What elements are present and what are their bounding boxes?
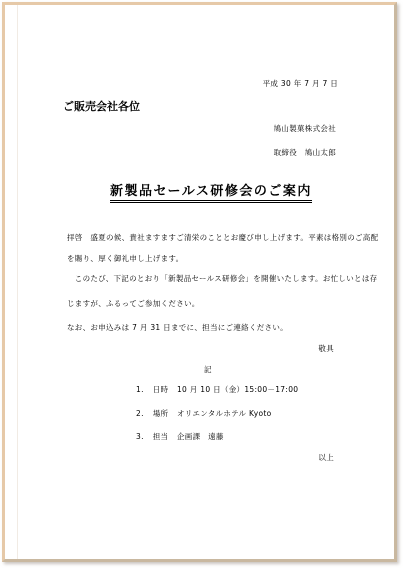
body-line: 拝啓 盛夏の候、貴社ますますご清栄のこととお慶び申し上げます。平素は格別のご高配: [67, 234, 378, 242]
margin-guide-line: [17, 5, 18, 559]
end-remark: 以上: [318, 454, 334, 462]
list-label: 担当: [153, 433, 169, 441]
addressee: ご販売会社各位: [63, 101, 140, 112]
list-value: オリエンタルホテル Kyoto: [177, 409, 272, 418]
list-value: 10 月 10 日（金）15:00－17:00: [177, 385, 298, 394]
list-item-datetime: 1. 日時 10 月 10 日（金）15:00－17:00: [136, 386, 298, 394]
list-number: 1.: [136, 386, 150, 394]
list-label: 日時: [153, 386, 169, 394]
document-title: 新製品セールス研修会のご案内: [110, 185, 312, 203]
body-line: なお、お申込みは 7 月 31 日までに、担当にご連絡ください。: [67, 324, 288, 332]
sender-person: 取締役 鳩山太郎: [274, 149, 336, 157]
body-line: このたび、下記のとおり「新製品セールス研修会」を開催いたします。お忙しいとは存: [67, 275, 377, 283]
body-line: を賜り、厚く御礼申し上げます。: [67, 255, 183, 263]
list-item-contact: 3. 担当 企画課 遠藤: [136, 433, 224, 441]
body-line: じますが、ふるってご参加ください。: [67, 300, 200, 308]
list-number: 3.: [136, 433, 150, 441]
closing-remark: 敬具: [318, 345, 334, 353]
document-date: 平成 30 年 7 月 7 日: [263, 80, 338, 88]
sender-company: 鳩山製菓株式会社: [274, 125, 336, 133]
list-number: 2.: [136, 410, 150, 418]
document-page: 平成 30 年 7 月 7 日 ご販売会社各位 鳩山製菓株式会社 取締役 鳩山太…: [2, 2, 397, 562]
list-value: 企画課 遠藤: [177, 432, 224, 441]
ki-heading: 記: [204, 366, 212, 374]
list-label: 場所: [153, 410, 169, 418]
list-item-venue: 2. 場所 オリエンタルホテル Kyoto: [136, 410, 271, 418]
